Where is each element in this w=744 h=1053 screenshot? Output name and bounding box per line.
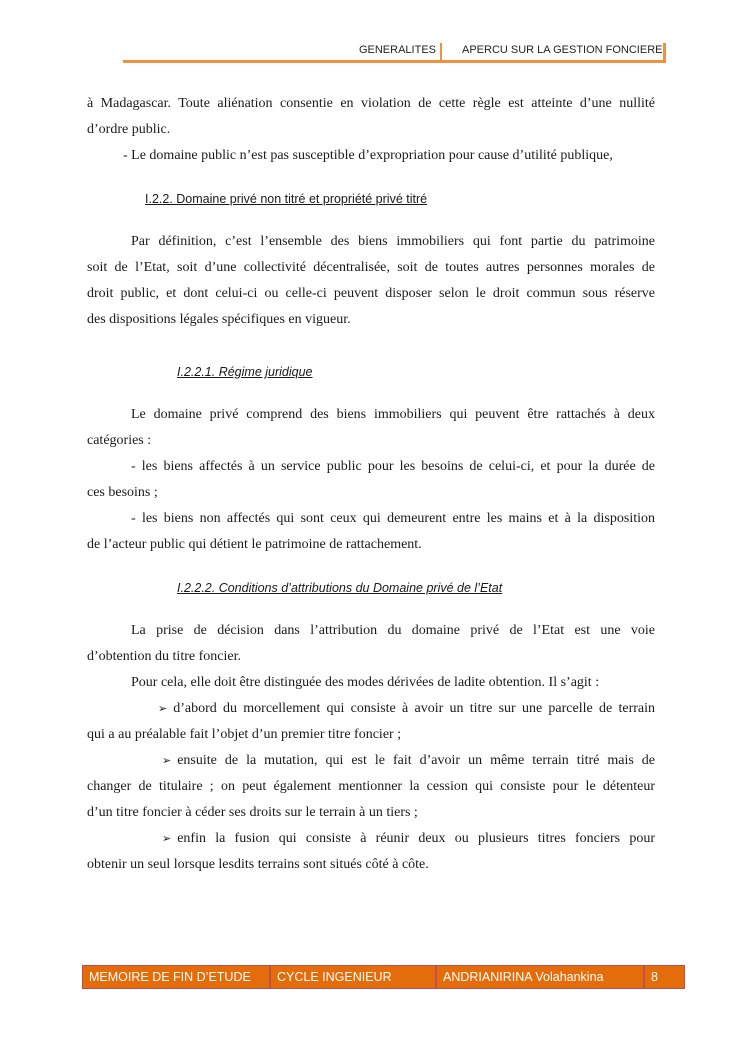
paragraph-line: des dispositions légales spécifiques en … — [87, 311, 655, 329]
bullet-text: qui a au préalable fait l’objet d’un pre… — [87, 726, 655, 744]
footer-thesis-label: MEMOIRE DE FIN D’ETUDE — [83, 966, 271, 988]
paragraph-line: catégories : — [87, 432, 655, 450]
paragraph-line: d’ordre public. — [87, 121, 655, 139]
paragraph-line: ces besoins ; — [87, 484, 655, 502]
paragraph-line: - les biens non affectés qui sont ceux q… — [131, 510, 655, 528]
paragraph-line: Le domaine privé comprend des biens immo… — [131, 406, 655, 424]
bullet-text: d’un titre foncier à céder ses droits su… — [87, 804, 655, 822]
paragraph-line: - Le domaine public n’est pas susceptibl… — [123, 147, 691, 165]
paragraph-line: droit public, et dont celui-ci ou celle-… — [87, 285, 655, 303]
header-chapter: GENERALITES — [300, 44, 436, 56]
paragraph-line: soit de l’Etat, soit d’une collectivité … — [87, 259, 655, 277]
footer-page-number: 8 — [645, 966, 684, 988]
arrow-bullet-icon: ➢ — [158, 703, 167, 715]
header-divider — [440, 43, 442, 61]
bullet-text: obtenir un seul lorsque lesdits terrains… — [87, 856, 655, 874]
paragraph-line: - les biens affectés à un service public… — [131, 458, 655, 476]
paragraph-line: Pour cela, elle doit être distinguée des… — [131, 674, 699, 692]
bullet-text: changer de titulaire ; on peut également… — [87, 778, 655, 796]
section-heading-1-2-2-2: I.2.2.2. Conditions d’attributions du Do… — [177, 581, 502, 595]
footer-author-name: ANDRIANIRINA Volahankina — [437, 966, 645, 988]
bullet-text: enfin la fusion qui consiste à réunir de… — [177, 831, 655, 846]
arrow-bullet-icon: ➢ — [162, 833, 171, 845]
paragraph-line: Par définition, c’est l’ensemble des bie… — [131, 233, 655, 251]
section-heading-1-2-2-1: I.2.2.1. Régime juridique — [177, 365, 313, 379]
paragraph-line: d’obtention du titre foncier. — [87, 648, 655, 666]
bullet-text: d’abord du morcellement qui consiste à a… — [173, 701, 655, 716]
arrow-bullet-icon: ➢ — [162, 755, 171, 767]
section-heading-1-2-2: I.2.2. Domaine privé non titré et propri… — [145, 192, 427, 206]
paragraph-line: à Madagascar. Toute aliénation consentie… — [87, 95, 655, 113]
paragraph-line: La prise de décision dans l’attribution … — [131, 622, 655, 640]
footer-cycle-label: CYCLE INGENIEUR — [271, 966, 437, 988]
header-section: APERCU SUR LA GESTION FONCIERE — [462, 44, 662, 56]
paragraph-line: de l’acteur public qui détient le patrim… — [87, 536, 655, 554]
running-footer: MEMOIRE DE FIN D’ETUDE CYCLE INGENIEUR A… — [82, 965, 685, 989]
header-rule — [123, 60, 666, 63]
bullet-text: ensuite de la mutation, qui est le fait … — [177, 753, 655, 768]
